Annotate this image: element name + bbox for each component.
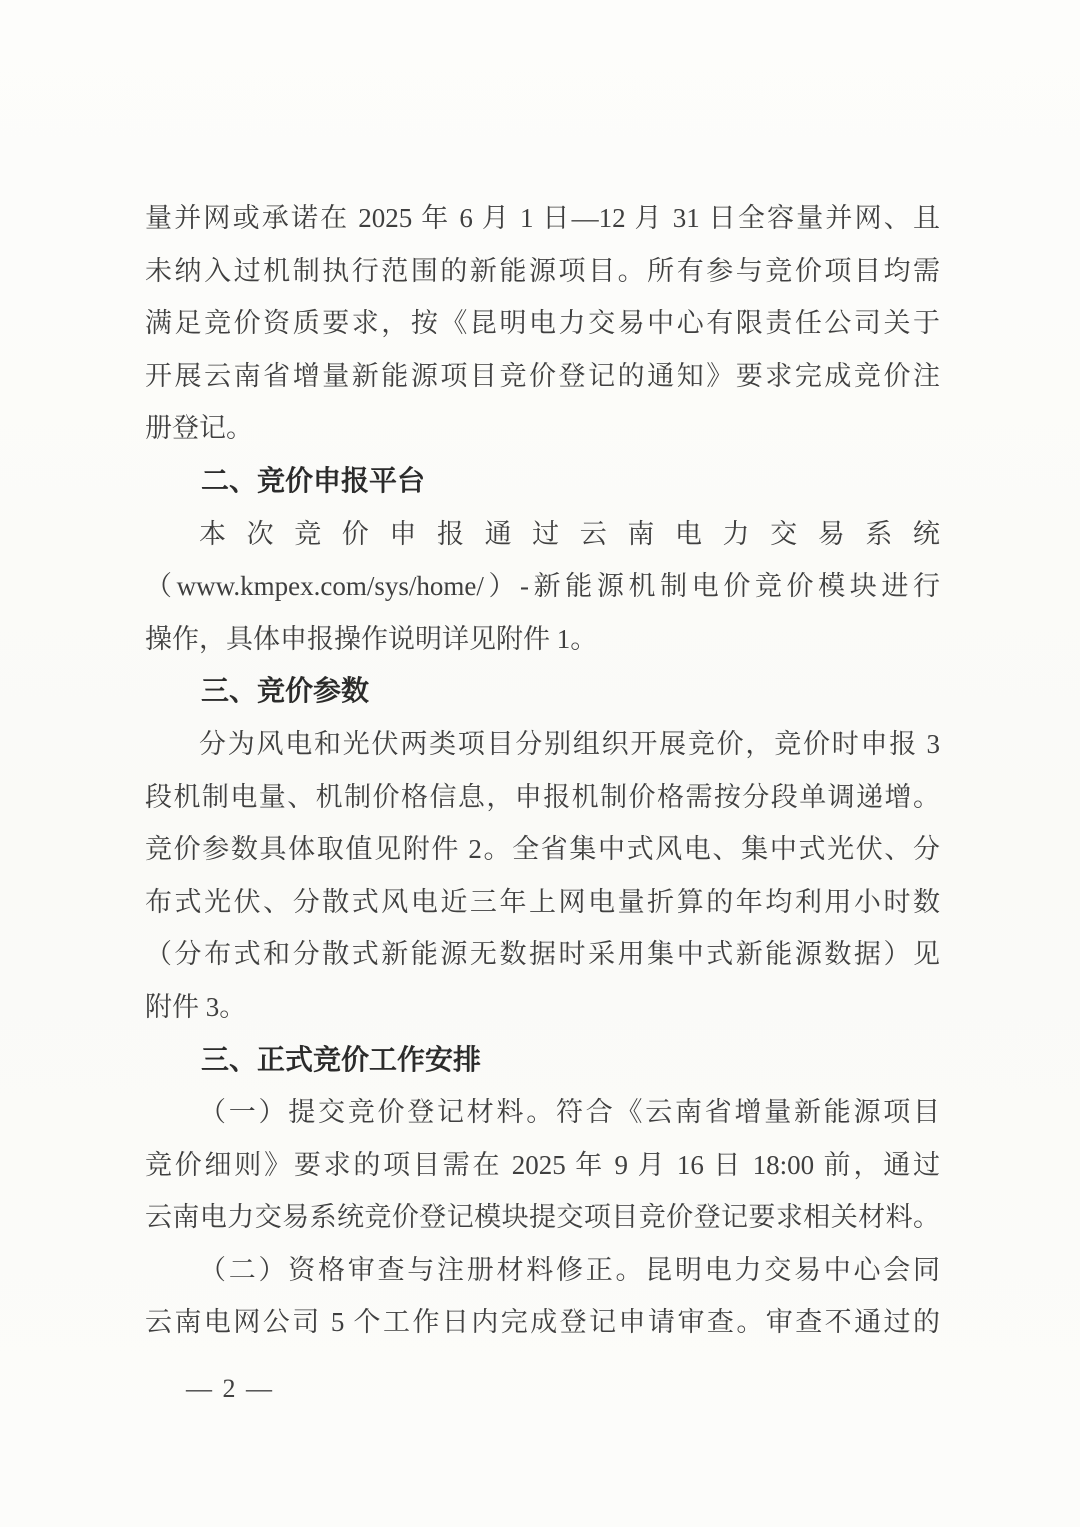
platform-url-line: （www.kmpex.com/sys/home/）-新能源机制电价竞价模块进行	[145, 560, 940, 613]
intro-paragraph-line: 满足竞价资质要求，按《昆明电力交易中心有限责任公司关于	[145, 297, 940, 350]
params-paragraph-line: 段机制电量、机制价格信息，申报机制价格需按分段单调递增。	[145, 771, 940, 824]
params-paragraph-line: 布式光伏、分散式风电近三年上网电量折算的年均利用小时数	[145, 876, 940, 929]
intro-paragraph-line: 开展云南省增量新能源项目竞价登记的通知》要求完成竞价注	[145, 350, 940, 403]
schedule-item1-line: 竞价细则》要求的项目需在 2025 年 9 月 16 日 18:00 前，通过	[145, 1139, 940, 1192]
intro-paragraph-line: 册登记。	[145, 402, 940, 455]
document-page: 量并网或承诺在 2025 年 6 月 1 日—12 月 31 日全容量并网、且 …	[145, 192, 940, 1349]
heading-formal-bidding-schedule: 三、正式竞价工作安排	[145, 1034, 940, 1087]
schedule-item2-line: （二）资格审查与注册材料修正。昆明电力交易中心会同	[145, 1244, 940, 1297]
heading-bidding-platform: 二、竞价申报平台	[145, 455, 940, 508]
heading-bidding-parameters: 三、竞价参数	[145, 665, 940, 718]
page-number: — 2 —	[186, 1363, 274, 1415]
intro-paragraph-line: 未纳入过机制执行范围的新能源项目。所有参与竞价项目均需	[145, 245, 940, 298]
schedule-item1-line: （一）提交竞价登记材料。符合《云南省增量新能源项目	[145, 1086, 940, 1139]
params-paragraph-line: 分为风电和光伏两类项目分别组织开展竞价，竞价时申报 3	[145, 718, 940, 771]
schedule-item2-line: 云南电网公司 5 个工作日内完成登记申请审查。审查不通过的	[145, 1296, 940, 1349]
intro-paragraph-line: 量并网或承诺在 2025 年 6 月 1 日—12 月 31 日全容量并网、且	[145, 192, 940, 245]
platform-spread-line: 本次竞价申报通过云南电力交易系统	[145, 508, 940, 561]
params-paragraph-line: 竞价参数具体取值见附件 2。全省集中式风电、集中式光伏、分	[145, 823, 940, 876]
params-paragraph-line: 附件 3。	[145, 981, 940, 1034]
platform-paragraph-line: 操作，具体申报操作说明详见附件 1。	[145, 613, 940, 666]
schedule-item1-line: 云南电力交易系统竞价登记模块提交项目竞价登记要求相关材料。	[145, 1191, 940, 1244]
params-paragraph-line: （分布式和分散式新能源无数据时采用集中式新能源数据）见	[145, 928, 940, 981]
